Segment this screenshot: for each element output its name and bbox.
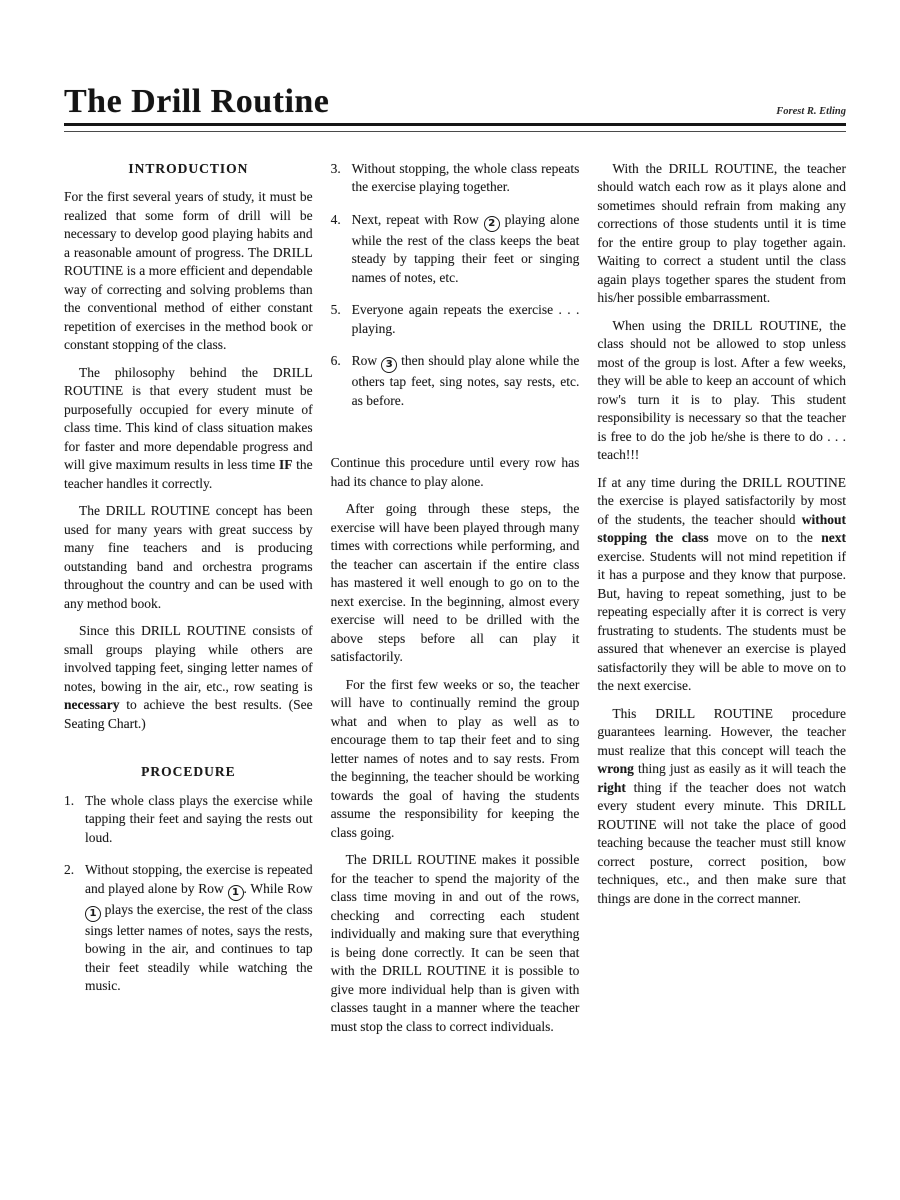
paragraph: Since this DRILL ROUTINE consists of sma… xyxy=(64,622,313,733)
list-item-number: 4. xyxy=(331,211,352,288)
paragraph: The DRILL ROUTINE makes it possible for … xyxy=(331,851,580,1036)
page-title: The Drill Routine xyxy=(64,84,329,120)
list-item: 5. Everyone again repeats the exercise .… xyxy=(331,301,580,338)
list-item-text: Without stopping, the whole class repeat… xyxy=(352,160,580,197)
column-right: With the DRILL ROUTINE, the teacher shou… xyxy=(597,160,846,1046)
author-name: Forest R. Etling xyxy=(776,106,846,120)
title-rule xyxy=(64,123,846,132)
paragraph: For the first few weeks or so, the teach… xyxy=(331,676,580,843)
document-page: The Drill Routine Forest R. Etling INTRO… xyxy=(0,0,900,1200)
three-column-body: INTRODUCTION For the first several years… xyxy=(64,160,846,1046)
list-item-number: 6. xyxy=(331,352,352,410)
paragraph: This DRILL ROUTINE procedure guarantees … xyxy=(597,705,846,909)
list-item: 1. The whole class plays the exercise wh… xyxy=(64,792,313,848)
paragraph: With the DRILL ROUTINE, the teacher shou… xyxy=(597,160,846,308)
list-item-number: 5. xyxy=(331,301,352,338)
list-item-number: 2. xyxy=(64,861,85,996)
document-header: The Drill Routine Forest R. Etling xyxy=(64,84,846,132)
section-heading-introduction: INTRODUCTION xyxy=(64,160,313,179)
section-heading-procedure: PROCEDURE xyxy=(64,763,313,782)
list-item-text: Without stopping, the exercise is repeat… xyxy=(85,861,313,996)
title-row: The Drill Routine Forest R. Etling xyxy=(64,84,846,120)
paragraph: If at any time during the DRILL ROUTINE … xyxy=(597,474,846,696)
column-left: INTRODUCTION For the first several years… xyxy=(64,160,313,1046)
paragraph: Continue this procedure until every row … xyxy=(331,454,580,491)
list-item-text: Row 3 then should play alone while the o… xyxy=(352,352,580,410)
list-item-text: The whole class plays the exercise while… xyxy=(85,792,313,848)
paragraph: For the first several years of study, it… xyxy=(64,188,313,355)
paragraph: The DRILL ROUTINE concept has been used … xyxy=(64,502,313,613)
paragraph: When using the DRILL ROUTINE, the class … xyxy=(597,317,846,465)
list-item: 3. Without stopping, the whole class rep… xyxy=(331,160,580,197)
paragraph: After going through these steps, the exe… xyxy=(331,500,580,667)
list-item-number: 1. xyxy=(64,792,85,848)
column-middle: 3. Without stopping, the whole class rep… xyxy=(331,160,580,1046)
list-item-text: Everyone again repeats the exercise . . … xyxy=(352,301,580,338)
list-item: 2. Without stopping, the exercise is rep… xyxy=(64,861,313,996)
list-item-number: 3. xyxy=(331,160,352,197)
list-item: 6. Row 3 then should play alone while th… xyxy=(331,352,580,410)
list-item: 4. Next, repeat with Row 2 playing alone… xyxy=(331,211,580,288)
list-item-text: Next, repeat with Row 2 playing alone wh… xyxy=(352,211,580,288)
paragraph: The philosophy behind the DRILL ROUTINE … xyxy=(64,364,313,494)
